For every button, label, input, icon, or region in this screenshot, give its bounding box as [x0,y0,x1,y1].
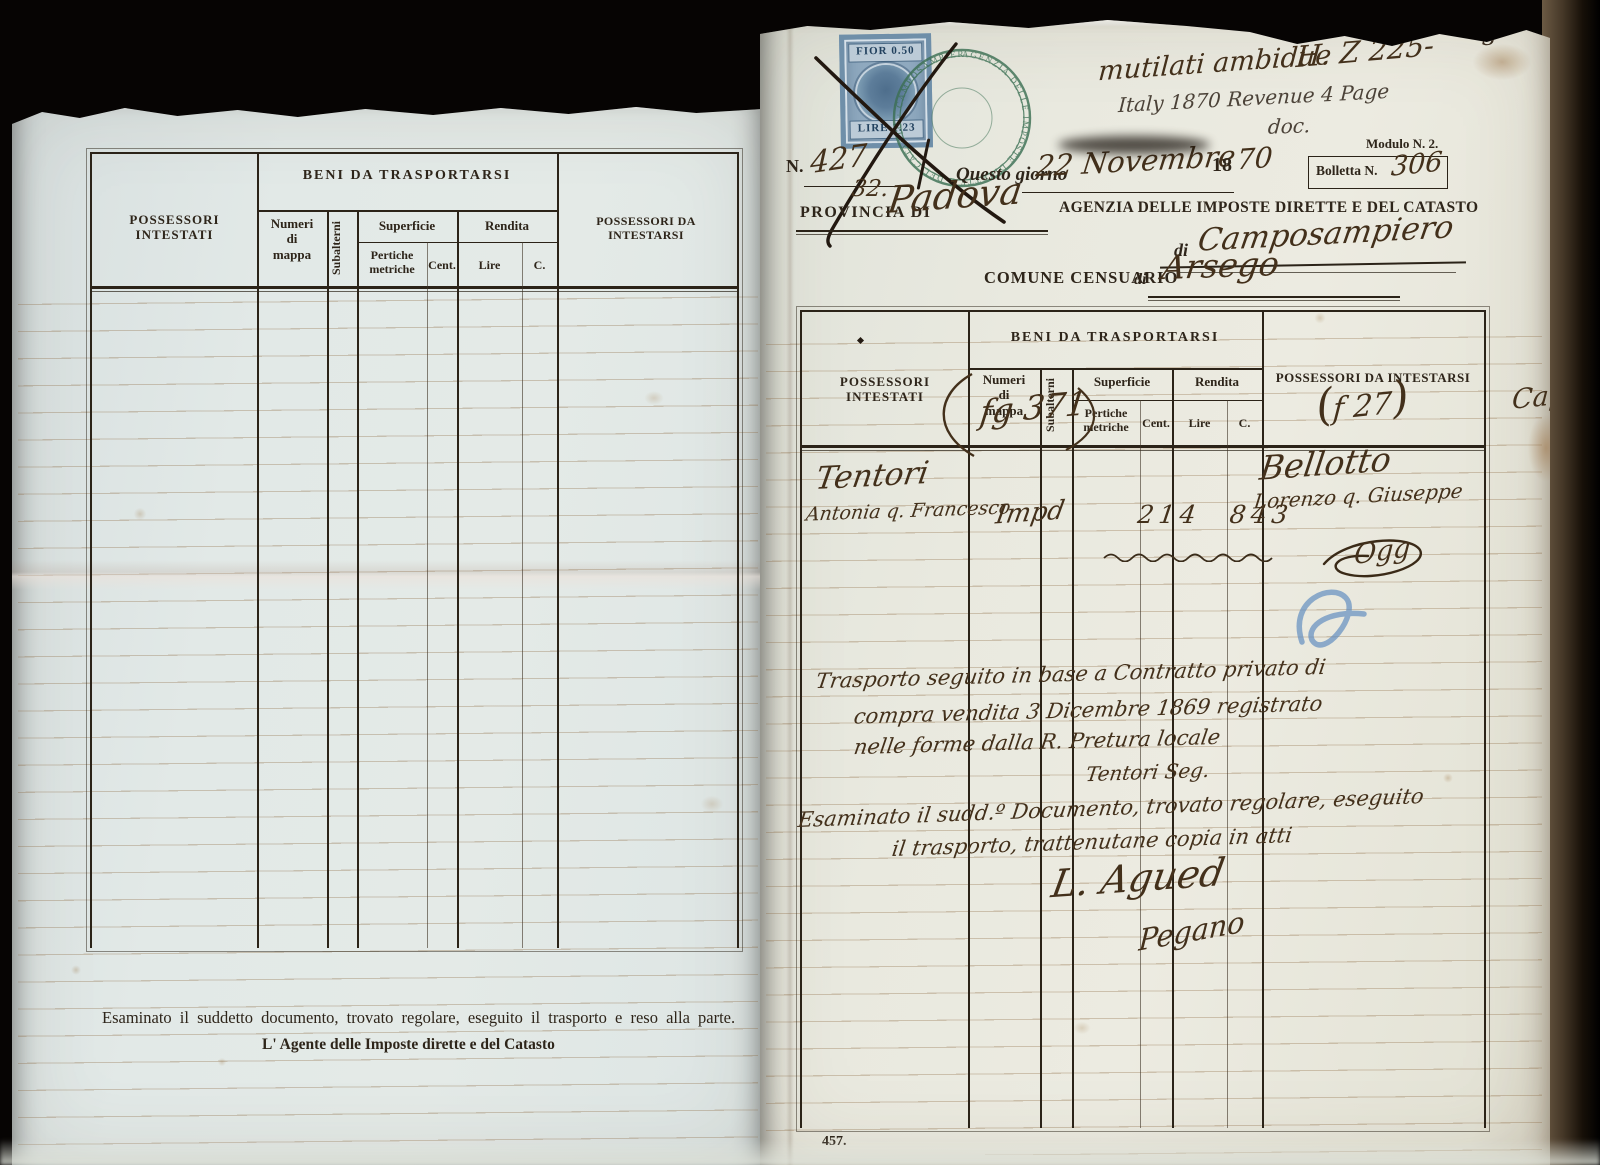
date-underline [1022,192,1234,193]
catalog-code-note: H. Z 225- [1295,28,1436,74]
year-printed: 18 [1212,154,1232,177]
numeri-di-mappa-header: Numeri di mappa [257,216,327,262]
photo-backdrop: BENI DA TRASPORTARSI POSSESSORI INTESTAT… [0,0,1600,1165]
beni-header: BENI DA TRASPORTARSI [257,168,557,185]
provincia-underline-1 [796,230,1048,232]
paren-left [944,374,974,456]
pertiche-header: Pertiche metriche [357,248,427,276]
cent-header: Cent. [427,258,457,272]
annotation1-line4: Tentori Seg. [1084,758,1211,786]
superficie-header: Superficie [357,218,457,233]
possessori-da-intestarsi-header: POSSESSORI DA INTESTARSI [557,214,735,242]
bolletta-number-handwritten: 306 [1390,146,1443,183]
numero-mappa-value: Impd [993,495,1066,530]
superficie-value: 214 [1136,500,1203,529]
comune-label: COMUNE CENSUARIO [984,268,1178,288]
col-line [457,210,459,948]
col-line [257,154,259,948]
nuovo-possessore-name: Bellotto [1257,439,1393,488]
cent-header: Cent. [1140,416,1172,430]
paren-close: ) [1390,371,1411,424]
left-footer-agent-line: L' Agente delle Imposte dirette e del Ca… [262,1036,555,1054]
possessori-intestati-header: POSSESSORI INTESTATI [92,212,257,243]
beni-header: BENI DA TRASPORTARSI [968,330,1262,347]
n-label: N. [786,156,804,177]
possessore-patronymic: Antonia q. Francesco [805,496,1013,525]
bolletta-label: Bolletta N. [1316,163,1378,179]
page-number: 3 [1482,26,1496,51]
left-footer-statement: Esaminato il suddetto documento, trovato… [102,1008,747,1028]
squiggle-path [1104,555,1272,562]
comune-value-handwritten: Arsego [1159,244,1282,287]
possessore-name: Tentori [813,455,931,497]
lire-header: Lire [457,258,522,272]
foglio-note-right-handwritten: (f 27) [1314,371,1410,432]
subalterni-header: Subalterni [329,212,356,284]
col-line-thin [522,242,523,948]
provincia-underline-2 [796,234,1048,235]
c-header: C. [522,258,557,272]
col-line-thin [427,242,428,948]
col-line [557,154,559,948]
comune-di-label: di [1134,271,1146,289]
underlying-page-edge [1542,0,1600,1165]
total-squiggle-line [1102,552,1282,562]
rendita-header: Rendita [1172,374,1262,389]
header-bottom-line-2 [92,291,737,292]
blue-pencil-mark [1280,578,1376,664]
pencil-note-line2: doc. [1267,113,1311,139]
blue-mark-path [1299,592,1364,645]
rendita-header: Rendita [457,218,557,233]
col-line-thin [1227,400,1228,1128]
bottom-focus-haze [0,1139,1600,1165]
comune-underline-1 [1148,296,1400,298]
col-line [327,210,329,948]
comune-underline-2 [1148,300,1400,301]
header-bottom-line [92,286,737,289]
col-line [357,210,359,948]
col-line [1262,312,1264,1128]
lire-header: Lire [1172,416,1227,430]
pencil-note-line1: Italy 1870 Revenue 4 Page [1118,79,1390,117]
bolletta-box: Bolletta N. 306 [1308,156,1448,189]
ink-smudge [1058,136,1210,154]
year-handwritten: 70 [1236,141,1274,177]
n-denominator-handwritten: 32. [850,176,890,202]
foglio-note-right-text: f 27 [1332,386,1393,428]
document-left-page: BENI DA TRASPORTARSI POSSESSORI INTESTAT… [12,102,764,1165]
left-transfer-table: BENI DA TRASPORTARSI POSSESSORI INTESTAT… [90,152,739,948]
document-right-page: mutilati ambidue H. Z 225- 3 Italy 1870 … [760,18,1550,1165]
diamond-mark [857,337,864,344]
c-header: C. [1227,416,1262,430]
beni-underline [257,210,557,212]
